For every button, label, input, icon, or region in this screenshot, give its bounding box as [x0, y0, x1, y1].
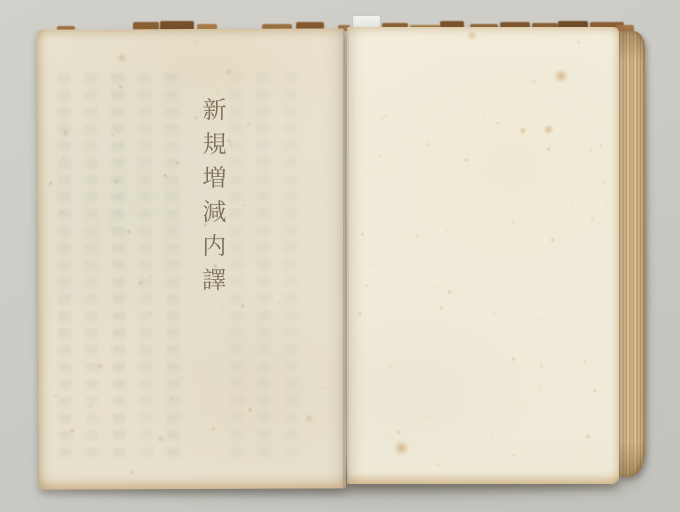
photo-background: 新規増減内譯 [0, 0, 680, 512]
foxing-spot [393, 116, 396, 119]
foxing-spot [585, 454, 589, 457]
foxing-spot [436, 462, 441, 466]
foxing-spot [511, 220, 515, 223]
foxing-spot [432, 285, 436, 289]
foxing-spot [157, 63, 159, 65]
foxing-spot [246, 122, 251, 126]
foxing-spot [358, 312, 363, 316]
foxing-spot [568, 389, 571, 392]
foxing-spot [322, 386, 324, 388]
foxing-spot [539, 388, 541, 390]
foxing-spot [427, 416, 431, 419]
foxing-spot [546, 147, 551, 151]
foxing-spot [439, 306, 444, 310]
right-page-blank [347, 27, 619, 484]
verso-text-column [84, 73, 99, 461]
foxing-spot [180, 376, 184, 380]
foxing-spot [446, 230, 448, 232]
foxing-spot [426, 142, 431, 146]
foxing-spot [299, 150, 301, 152]
verso-text-column [229, 73, 244, 461]
foxing-spot [390, 437, 393, 439]
foxing-spot [575, 162, 577, 164]
gutter-shadow [343, 29, 349, 487]
foxing-spot [417, 181, 419, 183]
foxing-spot [193, 40, 197, 43]
foxing-spot [599, 52, 602, 54]
foxing-spot [242, 203, 246, 207]
foxing-spot [247, 407, 252, 411]
verso-text-column [256, 73, 271, 461]
foxing-spot [565, 325, 567, 327]
foxing-spot [583, 360, 586, 363]
foxing-spot [511, 357, 516, 361]
foxing-spot [396, 430, 401, 434]
verso-text-column [57, 74, 72, 462]
foxing-spot [162, 41, 164, 43]
foxing-spot [367, 169, 370, 172]
foxing-spot [305, 414, 314, 422]
page-title-calligraphy: 新規増減内譯 [176, 97, 225, 347]
foxing-spot [467, 31, 477, 40]
foxing-spot [550, 238, 555, 242]
foxing-spot [531, 79, 536, 84]
foxing-spot [157, 435, 165, 442]
left-page: 新規増減内譯 [37, 28, 346, 489]
foxing-spot [415, 234, 419, 237]
foxing-spot [553, 69, 569, 83]
foxing-spot [383, 113, 388, 117]
foxing-spot [93, 47, 96, 49]
foxing-spot [517, 402, 521, 405]
foxing-spot [549, 338, 551, 340]
foxing-spot [49, 182, 53, 185]
foxing-spot [129, 470, 134, 474]
verso-text-column [165, 73, 180, 461]
foxing-spot [585, 434, 590, 439]
foxing-spot [51, 251, 53, 253]
foxing-spot [243, 264, 246, 266]
foxing-spot [482, 113, 485, 115]
foxing-spot [599, 144, 602, 147]
foxing-spot [496, 122, 499, 124]
verso-text-column [138, 73, 153, 461]
foxing-spot [491, 436, 494, 439]
foxing-spot [406, 232, 408, 234]
foxing-spot [512, 110, 515, 112]
foxing-spot [379, 117, 384, 121]
foxing-spot [379, 155, 382, 158]
foxing-spot [548, 407, 550, 409]
foxing-spot [210, 426, 215, 430]
foxing-spot [577, 41, 580, 44]
verso-text-column [111, 73, 126, 461]
foxing-spot [361, 233, 364, 235]
foxing-spot [248, 258, 250, 260]
foxing-spot [388, 365, 392, 368]
foxing-spot [447, 290, 452, 295]
foxing-spot [459, 168, 461, 170]
foxing-spot [216, 93, 218, 95]
foxing-spot [53, 394, 57, 397]
foxing-spot [589, 149, 593, 153]
foxing-spot [512, 454, 515, 456]
verso-text-column [283, 73, 298, 461]
foxing-spot [277, 301, 281, 305]
fore-edge-page-stack [617, 31, 645, 477]
foxing-spot [540, 319, 543, 322]
foxing-spot [602, 181, 606, 185]
foxing-spot [590, 217, 595, 221]
foxing-spot [365, 284, 368, 287]
foxing-spot [606, 205, 608, 207]
foxing-spot [593, 389, 597, 393]
foxing-spot [543, 125, 554, 134]
foxing-spot [117, 53, 127, 62]
foxing-spot [126, 229, 132, 234]
foxing-spot [464, 158, 469, 162]
foxing-spot [493, 312, 497, 315]
foxing-spot [539, 364, 544, 368]
foxing-spot [393, 441, 410, 455]
foxing-spot [571, 205, 574, 207]
verso-show-through [37, 28, 344, 29]
foxing-spot [372, 264, 375, 267]
foxing-spot [519, 127, 527, 134]
